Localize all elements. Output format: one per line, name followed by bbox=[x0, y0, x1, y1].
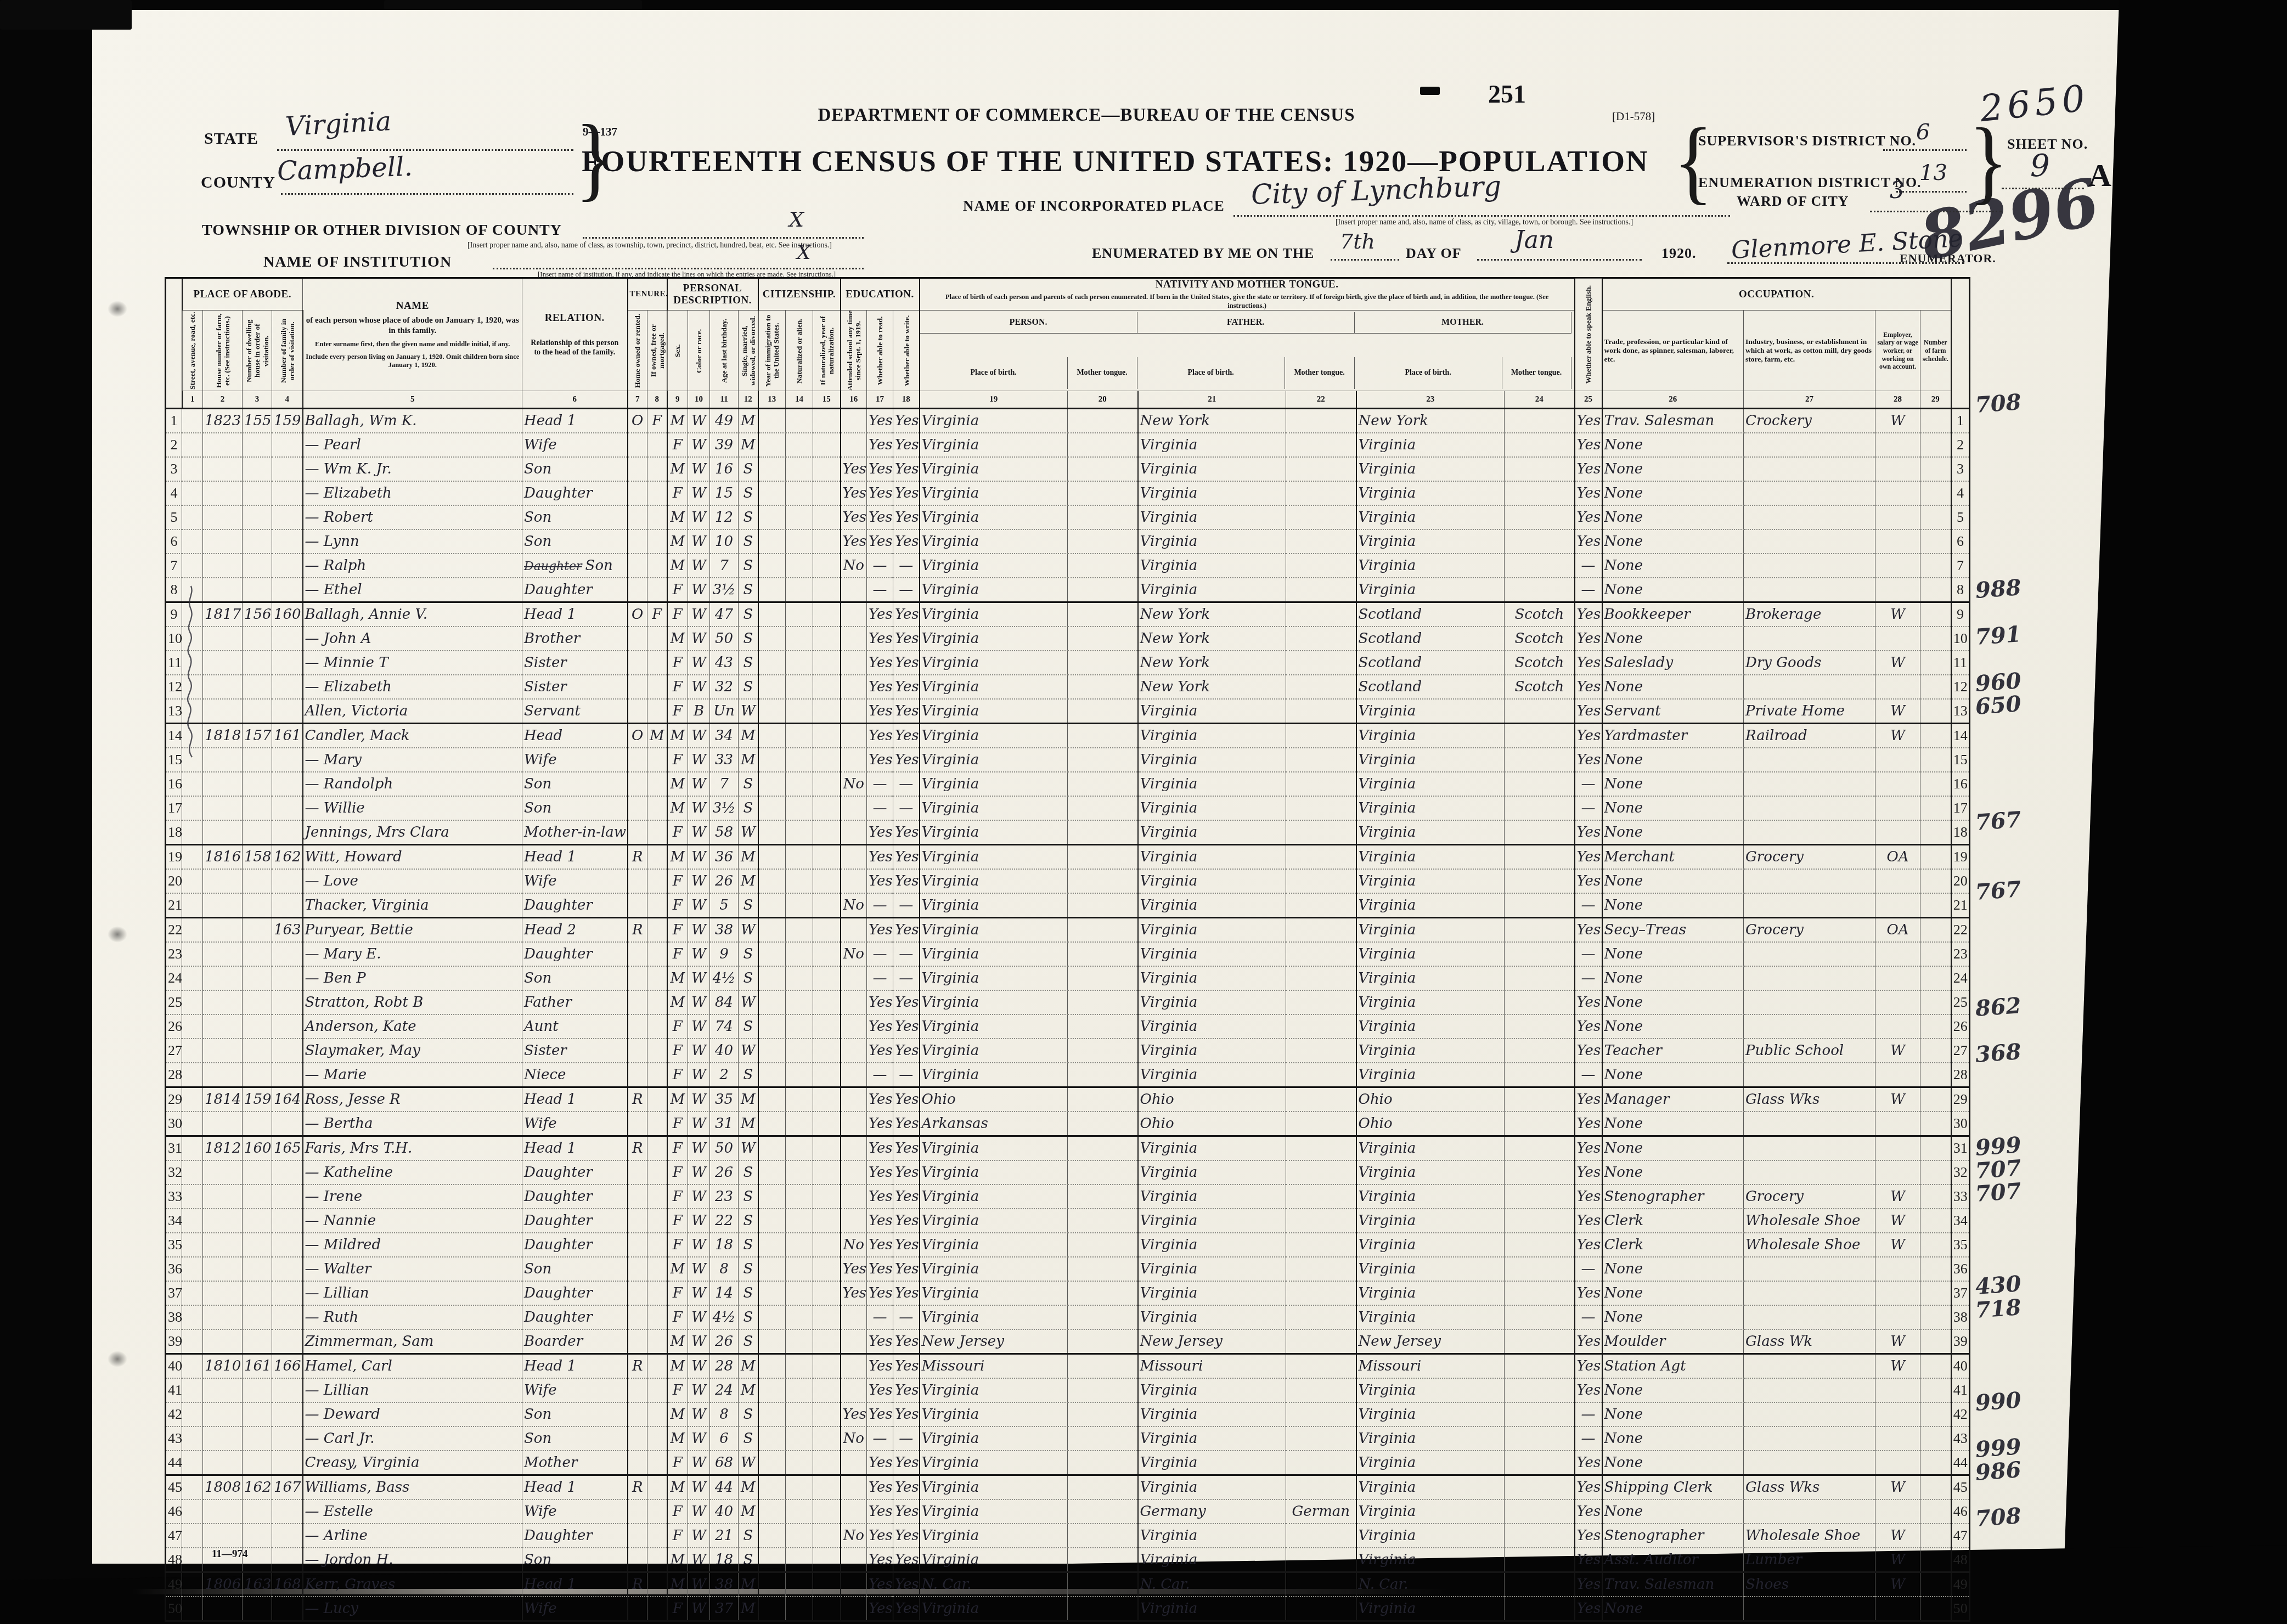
race-cell: W bbox=[688, 1281, 710, 1305]
read-cell: Yes bbox=[867, 1378, 893, 1402]
write-cell: Yes bbox=[893, 457, 920, 481]
english-cell: — bbox=[1575, 554, 1602, 578]
naturalized-cell bbox=[786, 942, 813, 966]
farm-schedule-cell bbox=[1920, 796, 1951, 820]
english-cell: Yes bbox=[1575, 1451, 1602, 1475]
dwelling-number bbox=[243, 481, 272, 505]
age-cell: 21 bbox=[710, 1524, 739, 1548]
mother-tongue-cell bbox=[1505, 699, 1575, 724]
sex-cell: F bbox=[667, 918, 688, 943]
family-number bbox=[272, 1597, 303, 1621]
age-cell: 43 bbox=[710, 651, 739, 675]
line-number: 32 bbox=[166, 1160, 182, 1185]
race-cell: W bbox=[688, 796, 710, 820]
race-cell: W bbox=[688, 1112, 710, 1136]
race-cell: W bbox=[688, 1329, 710, 1354]
relation-cell: Son bbox=[522, 1426, 628, 1451]
age-cell: 58 bbox=[710, 820, 739, 845]
line-number: 3 bbox=[166, 457, 182, 481]
marital-cell: S bbox=[739, 796, 758, 820]
occupation-cell: Stenographer bbox=[1602, 1524, 1744, 1548]
mother-tongue-cell bbox=[1505, 1402, 1575, 1426]
farm-schedule-cell bbox=[1920, 554, 1951, 578]
immigration-year-cell bbox=[758, 1451, 786, 1475]
worker-class-cell bbox=[1875, 481, 1920, 505]
sex-cell: M bbox=[667, 505, 688, 529]
occupation-cell: None bbox=[1602, 1597, 1744, 1621]
write-cell: Yes bbox=[893, 1087, 920, 1112]
immigration-year-column-header: Year of immigration to the United States… bbox=[758, 311, 786, 391]
line-number: 44 bbox=[166, 1451, 182, 1475]
naturalized-cell bbox=[786, 433, 813, 457]
read-cell: Yes bbox=[867, 505, 893, 529]
person-birth-cell: Virginia bbox=[920, 433, 1068, 457]
mother-birth-cell: Virginia bbox=[1356, 990, 1505, 1014]
write-cell: Yes bbox=[893, 820, 920, 845]
line-number: 13 bbox=[166, 699, 182, 724]
father-birth-cell: New York bbox=[1138, 602, 1286, 627]
tenure-free-cell bbox=[647, 845, 667, 870]
father-tongue-cell bbox=[1286, 1136, 1356, 1161]
mother-tongue-cell bbox=[1505, 724, 1575, 748]
marital-cell: W bbox=[739, 990, 758, 1014]
tenure-free-cell bbox=[647, 1039, 667, 1063]
person-birth-cell: Virginia bbox=[920, 1063, 1068, 1087]
age-cell: 24 bbox=[710, 1378, 739, 1402]
naturalization-year-cell bbox=[813, 748, 841, 772]
read-cell: Yes bbox=[867, 1136, 893, 1161]
line-number: 15 bbox=[166, 748, 182, 772]
dwelling-number: 158 bbox=[243, 845, 272, 870]
line-number: 5 bbox=[166, 505, 182, 529]
family-number bbox=[272, 554, 303, 578]
mother-tongue-cell bbox=[1505, 1572, 1575, 1597]
sex-cell: F bbox=[667, 820, 688, 845]
industry-cell bbox=[1744, 675, 1875, 699]
person-birth-cell: Virginia bbox=[920, 1281, 1068, 1305]
tenure-free-cell bbox=[647, 1426, 667, 1451]
line-number-right: 41 bbox=[1951, 1378, 1970, 1402]
occupation-cell: None bbox=[1602, 820, 1744, 845]
marital-cell: W bbox=[739, 1039, 758, 1063]
industry-cell: Dry Goods bbox=[1744, 651, 1875, 675]
family-number bbox=[272, 1112, 303, 1136]
industry-cell: Shoes bbox=[1744, 1572, 1875, 1597]
tenure-owned-cell: R bbox=[628, 1354, 647, 1379]
marital-cell: M bbox=[739, 1378, 758, 1402]
house-number bbox=[203, 433, 243, 457]
relation-cell: Daughter bbox=[522, 942, 628, 966]
worker-class-cell: W bbox=[1875, 724, 1920, 748]
father-tongue-cell bbox=[1286, 942, 1356, 966]
sex-cell: F bbox=[667, 1160, 688, 1185]
sex-cell: M bbox=[667, 1572, 688, 1597]
immigration-year-cell bbox=[758, 1281, 786, 1305]
mother-tongue-cell bbox=[1505, 578, 1575, 602]
house-number bbox=[203, 1329, 243, 1354]
father-birth-cell: Virginia bbox=[1138, 1597, 1286, 1621]
brace: { bbox=[1674, 114, 1713, 208]
mother-birth-cell: Missouri bbox=[1356, 1354, 1505, 1379]
school-cell bbox=[841, 433, 867, 457]
institution-label: NAME OF INSTITUTION bbox=[263, 253, 452, 271]
family-number bbox=[272, 627, 303, 651]
person-tongue-cell bbox=[1068, 675, 1138, 699]
person-tongue-cell bbox=[1068, 1597, 1138, 1621]
race-cell: W bbox=[688, 1524, 710, 1548]
naturalized-column-header: Naturalized or alien. bbox=[786, 311, 813, 391]
person-birth-cell: New Jersey bbox=[920, 1329, 1068, 1354]
person-tongue-cell bbox=[1068, 1354, 1138, 1379]
read-cell: Yes bbox=[867, 481, 893, 505]
occupation-cell: None bbox=[1602, 1281, 1744, 1305]
age-cell: 26 bbox=[710, 1329, 739, 1354]
father-tongue-cell bbox=[1286, 1305, 1356, 1329]
name-cell: — Deward bbox=[303, 1402, 522, 1426]
english-cell: Yes bbox=[1575, 433, 1602, 457]
school-cell: No bbox=[841, 893, 867, 918]
farm-schedule-cell bbox=[1920, 627, 1951, 651]
line-number-right: 49 bbox=[1951, 1572, 1970, 1597]
relation-cell: Wife bbox=[522, 748, 628, 772]
write-cell: Yes bbox=[893, 627, 920, 651]
mother-tongue-cell bbox=[1505, 529, 1575, 554]
dwelling-number bbox=[243, 1209, 272, 1233]
english-cell: Yes bbox=[1575, 457, 1602, 481]
street-name-handwriting bbox=[181, 582, 200, 763]
house-number-column-header: House number or farm, etc. (See instruct… bbox=[203, 311, 243, 391]
occupation-cell: None bbox=[1602, 1160, 1744, 1185]
write-cell: Yes bbox=[893, 433, 920, 457]
family-number bbox=[272, 505, 303, 529]
farm-schedule-cell bbox=[1920, 1136, 1951, 1161]
worker-class-cell: W bbox=[1875, 1572, 1920, 1597]
hole-punch-shadow bbox=[108, 301, 127, 317]
read-cell: Yes bbox=[867, 1475, 893, 1500]
worker-class-cell bbox=[1875, 1426, 1920, 1451]
english-cell: — bbox=[1575, 942, 1602, 966]
school-cell bbox=[841, 409, 867, 433]
line-number-right: 38 bbox=[1951, 1305, 1970, 1329]
sex-cell: F bbox=[667, 1112, 688, 1136]
house-number bbox=[203, 1209, 243, 1233]
father-birth-cell: Virginia bbox=[1138, 529, 1286, 554]
occupation-cell: None bbox=[1602, 1426, 1744, 1451]
line-number: 39 bbox=[166, 1329, 182, 1354]
industry-cell: Grocery bbox=[1744, 918, 1875, 943]
relation-cell: Sister bbox=[522, 675, 628, 699]
immigration-year-cell bbox=[758, 820, 786, 845]
naturalized-cell bbox=[786, 578, 813, 602]
census-table: PLACE OF ABODE. NAME of each person whos… bbox=[165, 277, 1970, 1622]
footer-code: 11—974 bbox=[212, 1548, 247, 1560]
race-cell: W bbox=[688, 1209, 710, 1233]
father-birth-cell: New York bbox=[1138, 627, 1286, 651]
relation-cell: DaughterSon bbox=[522, 554, 628, 578]
father-tongue-cell bbox=[1286, 893, 1356, 918]
person-birth-cell: Virginia bbox=[920, 1499, 1068, 1524]
school-cell bbox=[841, 602, 867, 627]
worker-class-cell bbox=[1875, 990, 1920, 1014]
farm-schedule-cell bbox=[1920, 578, 1951, 602]
house-number bbox=[203, 529, 243, 554]
mother-tongue-cell bbox=[1505, 1305, 1575, 1329]
age-cell: 26 bbox=[710, 1160, 739, 1185]
immigration-year-cell bbox=[758, 796, 786, 820]
person-birth-cell: Virginia bbox=[920, 990, 1068, 1014]
occupation-cell: None bbox=[1602, 1112, 1744, 1136]
person-tongue-cell bbox=[1068, 772, 1138, 796]
house-number bbox=[203, 893, 243, 918]
school-cell bbox=[841, 1499, 867, 1524]
family-number bbox=[272, 796, 303, 820]
write-cell: — bbox=[893, 1426, 920, 1451]
family-number bbox=[272, 1014, 303, 1039]
line-number-right: 34 bbox=[1951, 1209, 1970, 1233]
person-birth-cell: Virginia bbox=[920, 748, 1068, 772]
line-number: 23 bbox=[166, 942, 182, 966]
line-number: 14 bbox=[166, 724, 182, 748]
tenure-owned-cell bbox=[628, 1548, 647, 1572]
margin-number: 986 bbox=[1974, 1457, 2022, 1486]
mother-birth-cell: Virginia bbox=[1356, 820, 1505, 845]
school-cell bbox=[841, 1039, 867, 1063]
worker-class-cell bbox=[1875, 1378, 1920, 1402]
mother-birth-cell: Virginia bbox=[1356, 869, 1505, 893]
hole-punch-shadow bbox=[108, 1351, 127, 1367]
line-number: 6 bbox=[166, 529, 182, 554]
race-cell: W bbox=[688, 1378, 710, 1402]
tenure-free-cell bbox=[647, 966, 667, 990]
able-to-read-column-header: Whether able to read. bbox=[867, 311, 893, 391]
english-cell: Yes bbox=[1575, 1014, 1602, 1039]
industry-cell: Lumber bbox=[1744, 1548, 1875, 1572]
margin-number: 718 bbox=[1974, 1294, 2022, 1323]
mother-birth-cell: Virginia bbox=[1356, 1209, 1505, 1233]
father-birth-cell: Virginia bbox=[1138, 990, 1286, 1014]
immigration-year-cell bbox=[758, 990, 786, 1014]
speak-english-column-header: Whether able to speak English. bbox=[1575, 278, 1602, 391]
family-number bbox=[272, 1185, 303, 1209]
line-number-right: 33 bbox=[1951, 1185, 1970, 1209]
father-tongue-cell bbox=[1286, 1426, 1356, 1451]
dwelling-number bbox=[243, 699, 272, 724]
dwelling-number-column-header: Number of dwelling house in order of vis… bbox=[243, 311, 272, 391]
mother-tongue-cell bbox=[1505, 796, 1575, 820]
worker-class-cell bbox=[1875, 772, 1920, 796]
occupation-cell: Merchant bbox=[1602, 845, 1744, 870]
school-cell bbox=[841, 675, 867, 699]
race-cell: W bbox=[688, 1185, 710, 1209]
mother-birth-cell: Virginia bbox=[1356, 1524, 1505, 1548]
read-cell: Yes bbox=[867, 1160, 893, 1185]
read-cell: Yes bbox=[867, 457, 893, 481]
mother-tongue-cell bbox=[1505, 1281, 1575, 1305]
race-cell: W bbox=[688, 481, 710, 505]
naturalized-cell bbox=[786, 1257, 813, 1281]
marital-cell: S bbox=[739, 578, 758, 602]
name-cell: Williams, Bass bbox=[303, 1475, 522, 1500]
worker-class-cell bbox=[1875, 869, 1920, 893]
school-cell bbox=[841, 820, 867, 845]
naturalization-year-cell bbox=[813, 1402, 841, 1426]
line-number-right: 26 bbox=[1951, 1014, 1970, 1039]
family-number bbox=[272, 1281, 303, 1305]
father-birth-cell: Virginia bbox=[1138, 748, 1286, 772]
age-cell: 23 bbox=[710, 1185, 739, 1209]
read-cell: Yes bbox=[867, 675, 893, 699]
english-cell: — bbox=[1575, 893, 1602, 918]
immigration-year-cell bbox=[758, 602, 786, 627]
enumerated-year: 1920. bbox=[1661, 245, 1697, 262]
line-number: 24 bbox=[166, 966, 182, 990]
person-tongue-cell bbox=[1068, 990, 1138, 1014]
sex-cell: F bbox=[667, 1039, 688, 1063]
relation-cell: Aunt bbox=[522, 1014, 628, 1039]
line-number: 19 bbox=[166, 845, 182, 870]
farm-schedule-cell bbox=[1920, 1451, 1951, 1475]
dwelling-number: 155 bbox=[243, 409, 272, 433]
write-cell: Yes bbox=[893, 602, 920, 627]
relation-cell: Wife bbox=[522, 433, 628, 457]
person-tongue-cell bbox=[1068, 699, 1138, 724]
state-label: STATE bbox=[204, 129, 258, 148]
read-cell: Yes bbox=[867, 1329, 893, 1354]
read-cell: Yes bbox=[867, 820, 893, 845]
naturalized-cell bbox=[786, 1136, 813, 1161]
marital-cell: M bbox=[739, 1499, 758, 1524]
house-number bbox=[203, 772, 243, 796]
worker-class-cell bbox=[1875, 820, 1920, 845]
father-birth-cell: Germany bbox=[1138, 1499, 1286, 1524]
marital-cell: S bbox=[739, 1233, 758, 1257]
mother-tongue-cell bbox=[1505, 1136, 1575, 1161]
tenure-owned-cell: R bbox=[628, 845, 647, 870]
worker-class-cell: W bbox=[1875, 1354, 1920, 1379]
tenure-owned-cell bbox=[628, 1039, 647, 1063]
age-cell: 26 bbox=[710, 869, 739, 893]
farm-schedule-cell bbox=[1920, 1499, 1951, 1524]
write-cell: — bbox=[893, 942, 920, 966]
margin-number: 368 bbox=[1974, 1039, 2022, 1068]
sex-cell: F bbox=[667, 1524, 688, 1548]
sex-cell: F bbox=[667, 1378, 688, 1402]
line-number-right: 24 bbox=[1951, 966, 1970, 990]
occupation-cell: Saleslady bbox=[1602, 651, 1744, 675]
father-tongue-cell bbox=[1286, 699, 1356, 724]
industry-column-header: Industry, business, or establishment in … bbox=[1744, 311, 1875, 391]
occupation-cell: Trav. Salesman bbox=[1602, 409, 1744, 433]
sex-cell: M bbox=[667, 845, 688, 870]
line-number-right: 47 bbox=[1951, 1524, 1970, 1548]
father-birth-cell: Virginia bbox=[1138, 1014, 1286, 1039]
name-cell: — Ruth bbox=[303, 1305, 522, 1329]
occupation-header: OCCUPATION. bbox=[1602, 278, 1951, 311]
write-cell: Yes bbox=[893, 1039, 920, 1063]
tenure-owned-cell bbox=[628, 1329, 647, 1354]
mother-tongue-cell bbox=[1505, 1257, 1575, 1281]
school-cell: Yes bbox=[841, 1402, 867, 1426]
age-cell: 84 bbox=[710, 990, 739, 1014]
name-column-header: NAME of each person whose place of abode… bbox=[303, 278, 522, 391]
industry-cell bbox=[1744, 1305, 1875, 1329]
age-cell: 68 bbox=[710, 1451, 739, 1475]
person-tongue-cell bbox=[1068, 942, 1138, 966]
house-number bbox=[203, 820, 243, 845]
father-tongue-cell bbox=[1286, 1281, 1356, 1305]
father-birth-cell: Virginia bbox=[1138, 893, 1286, 918]
mother-birth-cell: Virginia bbox=[1356, 942, 1505, 966]
age-cell: 74 bbox=[710, 1014, 739, 1039]
father-birth-cell: New York bbox=[1138, 675, 1286, 699]
line-number: 36 bbox=[166, 1257, 182, 1281]
age-cell: 12 bbox=[710, 505, 739, 529]
name-cell: — Irene bbox=[303, 1185, 522, 1209]
naturalization-year-cell bbox=[813, 820, 841, 845]
person-birth-cell: Virginia bbox=[920, 869, 1068, 893]
farm-schedule-cell bbox=[1920, 845, 1951, 870]
school-cell bbox=[841, 1354, 867, 1379]
father-birth-cell: Virginia bbox=[1138, 966, 1286, 990]
immigration-year-cell bbox=[758, 724, 786, 748]
line-number-right: 37 bbox=[1951, 1281, 1970, 1305]
read-cell: Yes bbox=[867, 651, 893, 675]
industry-cell bbox=[1744, 1257, 1875, 1281]
read-cell: Yes bbox=[867, 845, 893, 870]
scan-smudge bbox=[384, 0, 642, 10]
english-cell: Yes bbox=[1575, 918, 1602, 943]
family-number bbox=[272, 675, 303, 699]
read-cell: Yes bbox=[867, 602, 893, 627]
naturalized-cell bbox=[786, 796, 813, 820]
naturalization-year-cell bbox=[813, 675, 841, 699]
mother-birth-cell: Virginia bbox=[1356, 966, 1505, 990]
farm-schedule-cell bbox=[1920, 1597, 1951, 1621]
mother-birth-cell: Virginia bbox=[1356, 1014, 1505, 1039]
mother-tongue-cell bbox=[1505, 457, 1575, 481]
name-cell: Slaymaker, May bbox=[303, 1039, 522, 1063]
sex-cell: M bbox=[667, 990, 688, 1014]
dwelling-number bbox=[243, 1451, 272, 1475]
tenure-owned-cell bbox=[628, 578, 647, 602]
house-number bbox=[203, 918, 243, 943]
age-cell: 40 bbox=[710, 1039, 739, 1063]
write-cell: Yes bbox=[893, 1524, 920, 1548]
father-tongue-cell bbox=[1286, 918, 1356, 943]
family-number bbox=[272, 1426, 303, 1451]
naturalization-year-cell bbox=[813, 1305, 841, 1329]
age-cell: 7 bbox=[710, 772, 739, 796]
mother-birth-cell: Virginia bbox=[1356, 1063, 1505, 1087]
street-cell bbox=[182, 1426, 203, 1451]
marital-column-header: Single, married, widowed, or divorced. bbox=[739, 311, 758, 391]
farm-schedule-cell bbox=[1920, 602, 1951, 627]
mother-tongue-cell bbox=[1505, 1524, 1575, 1548]
relation-cell: Head 1 bbox=[522, 1475, 628, 1500]
read-cell: Yes bbox=[867, 1402, 893, 1426]
line-number: 11 bbox=[166, 651, 182, 675]
write-cell: Yes bbox=[893, 845, 920, 870]
line-number-right: 12 bbox=[1951, 675, 1970, 699]
margin-number: 862 bbox=[1974, 993, 2022, 1022]
tenure-owned-cell: O bbox=[628, 409, 647, 433]
line-number-right: 18 bbox=[1951, 820, 1970, 845]
mother-birth-header: Place of birth. bbox=[1355, 357, 1502, 390]
sex-cell: F bbox=[667, 942, 688, 966]
naturalization-year-cell bbox=[813, 869, 841, 893]
race-cell: W bbox=[688, 1402, 710, 1426]
tenure-free-cell bbox=[647, 433, 667, 457]
